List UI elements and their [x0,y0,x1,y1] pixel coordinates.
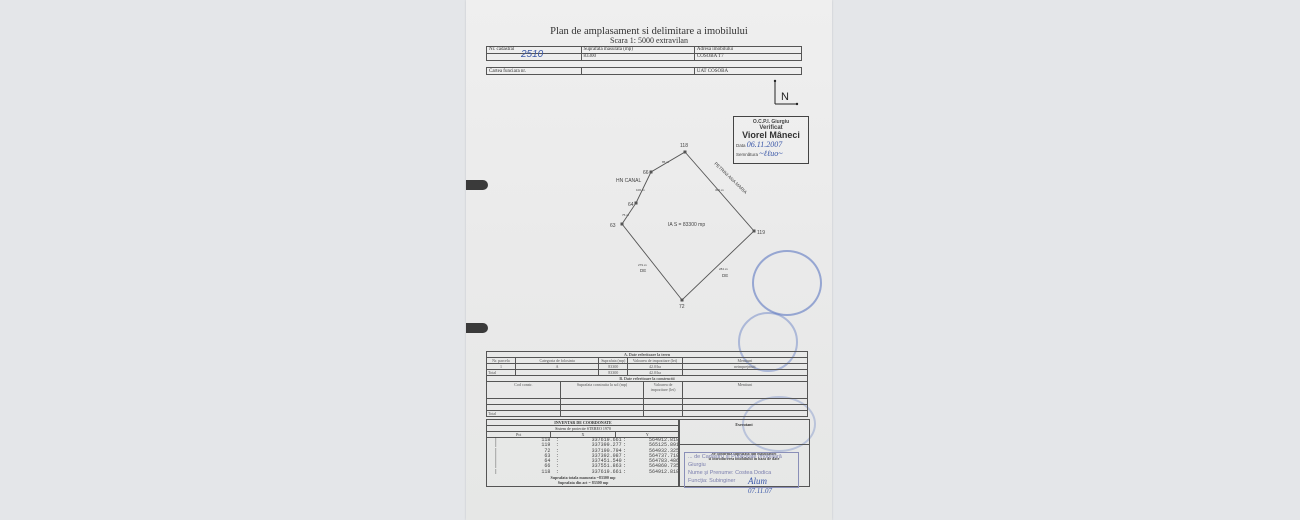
carte-funciara-table: Cartea funciara nr. UAT COSOBA [486,67,802,75]
punch-hole [466,323,488,333]
coord-y: 564912.818 [628,470,679,475]
land-data-table: A. Date referitoare la teren Nr. parcela… [486,351,808,382]
adresa-value: COSOBA T7 [694,54,801,61]
neighbor-bottom-right: DE [722,273,728,278]
segment-length: 279.xx [638,263,647,267]
inventory-rows: |118:337619.661:564912.818|119:337399.27… [487,438,679,475]
stamp-line: Nume şi Prenume: Costea Dodica [688,469,798,477]
point-label-119: 119 [757,230,765,236]
office-stamp: ... de Cadastru şi Publicitate Imobiliar… [684,452,799,488]
constructions-table: Cod constr. Suprafata construita la sol … [486,381,808,417]
table-b-header: Cod constr. [487,382,561,399]
punch-hole [466,180,488,190]
stamp-line: ... de Cadastru şi Publicitate Imobiliar… [688,453,798,469]
point-label-63: 63 [610,223,616,229]
carte-funciara-value [581,68,694,75]
north-label: N [781,91,789,103]
point-label-66: 66 [643,170,649,176]
neighbor-left: HN CANAL [616,178,642,184]
stamp-line: Funcţia: Subinginer [688,477,798,485]
stamp-name: Viorel Mâneci [734,131,808,140]
point-id: 118 [505,470,551,475]
table-b-total: Total [487,411,561,417]
executant-label: Executant [679,420,809,445]
scanned-document-page: Plan de amplasament si delimitare a imob… [466,0,832,520]
segment-length: 306.xx [715,188,724,192]
segment-length: 75.xx [622,213,630,217]
handwritten-date: 07.11.07 [748,487,772,495]
suprafata-label: Suprafata masurata (mp) [581,47,694,54]
table-a-header: Valoarea de impozitare (lei) [628,358,683,364]
nr-cadastral-value: 2510 [521,49,543,60]
segment-length: 106.xx [636,188,645,192]
segment-length: 85.xx [662,160,670,164]
signature-icon: Alum [748,476,767,486]
coordinate-inventory: INVENTAR DE COORDONATE Sistem de proiect… [486,419,680,487]
suprafata-value: 83300 [581,54,694,61]
point-label-118: 118 [680,143,688,149]
table-a-header: Suprafata (mp) [599,358,628,364]
table-b-header: Suprafata construita la sol (mp) [560,382,643,399]
carte-funciara-label: Cartea funciara nr. [487,68,582,75]
point-label-64: 64 [628,202,634,208]
area-label: IA S = 83300 mp [668,222,705,228]
north-arrow-icon: N [769,78,799,108]
point-label-72: 72 [679,304,685,310]
round-seal-stamp [752,250,822,316]
uat-value: UAT COSOBA [694,68,801,75]
table-b-header: Mentiuni [682,382,807,399]
segment-length: 284.xx [719,267,728,271]
document-scale: Scara 1: 5000 extravilan [466,36,832,45]
area-in-act: Suprafata din act = 83300 mp [487,480,679,485]
parcel-plot: 118 119 72 63 64 66 HN CANAL PETRINI ANA… [596,140,766,310]
table-b-header: Valoarea de impozitare (lei) [644,382,683,399]
adresa-label: Adresa imobilului [694,47,801,54]
neighbor-bottom-left: DE [640,268,646,273]
